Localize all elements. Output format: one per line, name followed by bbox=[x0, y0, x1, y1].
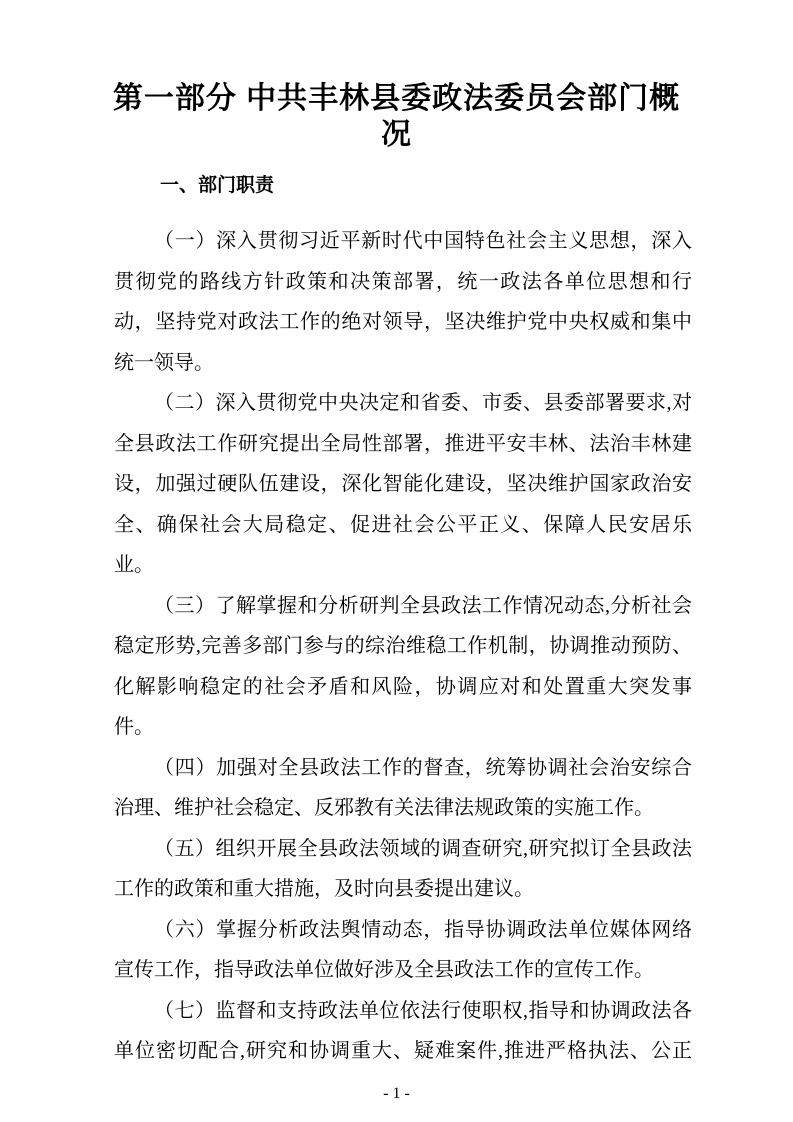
paragraph-duty-5: （五）组织开展全县政法领域的调查研究,研究拟订全县政法工作的政策和重大措施，及时… bbox=[114, 829, 692, 910]
paragraph-duty-2: （二）深入贯彻党中央决定和省委、市委、县委部署要求,对全县政法工作研究提出全局性… bbox=[114, 383, 692, 586]
paragraph-duty-6: （六）掌握分析政法舆情动态，指导协调政法单位媒体网络宣传工作，指导政法单位做好涉… bbox=[114, 910, 692, 991]
page-number: - 1 - bbox=[0, 1085, 793, 1103]
paragraph-duty-4: （四）加强对全县政法工作的督查，统筹协调社会治安综合治理、维护社会稳定、反邪教有… bbox=[114, 748, 692, 829]
paragraph-duty-7: （七）监督和支持政法单位依法行使职权,指导和协调政法各单位密切配合,研究和协调重… bbox=[114, 991, 692, 1072]
document-page: 第一部分 中共丰林县委政法委员会部门概况 一、部门职责 （一）深入贯彻习近平新时… bbox=[0, 0, 793, 1122]
section-heading-duties: 一、部门职责 bbox=[114, 173, 692, 198]
paragraph-duty-3: （三）了解掌握和分析研判全县政法工作情况动态,分析社会稳定形势,完善多部门参与的… bbox=[114, 586, 692, 748]
paragraph-duty-1: （一）深入贯彻习近平新时代中国特色社会主义思想，深入贯彻党的路线方针政策和决策部… bbox=[114, 221, 692, 383]
document-title: 第一部分 中共丰林县委政法委员会部门概况 bbox=[104, 81, 690, 153]
document-body: （一）深入贯彻习近平新时代中国特色社会主义思想，深入贯彻党的路线方针政策和决策部… bbox=[114, 221, 692, 1072]
